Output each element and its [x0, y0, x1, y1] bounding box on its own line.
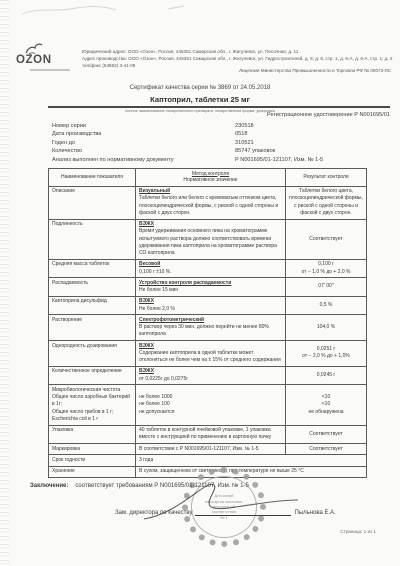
table-row: Микробиологическая чистота Общее число а…: [49, 385, 367, 425]
certificate-title: Сертификат качества серии № 3869 от 24.0…: [0, 85, 400, 91]
parameter-cell: Упаковка: [49, 425, 136, 444]
parameter-cell: Растворение: [49, 315, 136, 341]
company-addresses: Юридический адрес: ООО «Озон», Россия, 4…: [82, 49, 396, 70]
table-header-row: Наименование показателя Метод контроляНо…: [49, 169, 367, 187]
info-row: Количество85747 упаковок: [52, 147, 323, 155]
table-row: Упаковка 40 таблеток в контурной ячейков…: [49, 425, 367, 444]
info-row: Дата производства0518: [52, 130, 323, 138]
signature-stroke: [136, 469, 306, 531]
quality-control-table: Наименование показателя Метод контроляНо…: [48, 168, 367, 478]
result-cell: Соответствует: [286, 444, 367, 455]
parameter-cell: Средняя масса таблеток: [49, 259, 136, 278]
result-cell: 07' 00'': [286, 278, 367, 297]
info-label: Анализ выполнен по нормативному документ…: [52, 156, 235, 164]
method-cell: Весовой0,100 г ±10 %.: [136, 259, 286, 278]
table-row: Каптоприла дисульфид ВЭЖХНе более 2,0 % …: [49, 296, 367, 315]
table-row: Растворение СпектрофотометрическийВ раст…: [49, 315, 367, 341]
parameter-cell: Маркировка: [49, 444, 136, 455]
info-label: Годен до: [52, 139, 235, 147]
method-cell: СпектрофотометрическийВ раствор через 30…: [136, 315, 286, 341]
method-cell: ВЭЖХот 0,0225г до 0,0275г: [136, 366, 286, 385]
method-cell: 3 года: [136, 455, 367, 466]
info-value: Р N001695/01-121107, Изм. № 1-5: [235, 156, 323, 164]
parameter-cell: Каптоприла дисульфид: [49, 296, 136, 315]
conclusion-label: Заключение:: [30, 483, 68, 489]
legal-address: Юридический адрес: ООО «Озон», Россия, 4…: [82, 49, 396, 56]
method-cell: 40 таблеток в контурной ячейковой упаков…: [136, 425, 286, 444]
table-row: Распадаемость Устройство контроля распад…: [49, 278, 367, 297]
parameter-cell: Микробиологическая чистота Общее число а…: [49, 385, 136, 425]
product-title: Каптоприл, таблетки 25 мг: [0, 95, 400, 104]
table-row: Количественное определение ВЭЖХот 0,0225…: [49, 366, 367, 385]
info-label: Номер серии: [52, 122, 235, 130]
info-value: 0518: [235, 130, 247, 138]
info-label: Дата производства: [52, 130, 235, 138]
license-line: Лицензия Министерства Промышленности и Т…: [239, 68, 391, 73]
document-footer: Для копий паспортов качества, деклараций…: [30, 483, 400, 566]
table-row: Однородность дозирования ВЭЖХСодержание …: [49, 341, 367, 367]
info-value: 230518: [235, 122, 254, 130]
result-cell: 104,0 %: [286, 315, 367, 341]
method-cell: Устройство контроля распадаемостиНе боле…: [136, 278, 286, 297]
method-cell: не более 1000 не более 100 не допускаетс…: [136, 385, 286, 425]
result-cell: 0,100 г от − 1,0 % до + 2,0 %: [286, 259, 367, 278]
pencil-marks: [18, 2, 208, 18]
parameter-cell: Однородность дозирования: [49, 341, 136, 367]
brand-name: OZON: [16, 55, 80, 67]
parameter-cell: Распадаемость: [49, 278, 136, 297]
info-label: Количество: [52, 147, 235, 155]
col-header-result: Результат контроля: [286, 169, 367, 187]
method-header: Метод контроля: [139, 171, 282, 178]
ozon-logo: OZON: [16, 42, 80, 71]
info-value: 310521: [235, 139, 254, 147]
table-row: Маркировка В соответствии с Р N001695/01…: [49, 444, 367, 455]
info-row: Анализ выполнен по нормативному документ…: [52, 156, 323, 164]
certificate-document: OZON Юридический адрес: ООО «Озон», Росс…: [0, 0, 400, 566]
result-cell: 0,0245 г: [286, 366, 367, 385]
series-info-block: Номер серии230518 Дата производства0518 …: [52, 122, 323, 164]
parameter-cell: Срок годности: [49, 455, 136, 466]
parameter-cell: Количественное определение: [49, 366, 136, 385]
info-row: Годен до310521: [52, 139, 323, 147]
table-row: Подлинность ВЭЖХВремя удерживания основн…: [49, 219, 367, 259]
parameter-cell: Хранение: [49, 466, 136, 477]
method-cell: ВЭЖХСодержание каптоприла в одной таблет…: [136, 341, 286, 367]
info-row: Номер серии230518: [52, 122, 323, 130]
table-row: Средняя масса таблеток Весовой0,100 г ±1…: [49, 259, 367, 278]
norm-header: Нормативное значение: [139, 177, 282, 184]
table-row: Описание ВизуальныйТаблетки белого или б…: [49, 186, 367, 219]
method-cell: ВЭЖХНе более 2,0 %: [136, 296, 286, 315]
table-row: Срок годности 3 года: [49, 455, 367, 466]
parameter-cell: Описание: [49, 186, 136, 219]
title-rule: [48, 106, 390, 108]
parameter-cell: Подлинность: [49, 219, 136, 259]
result-cell: 0,0251 г от − 2,0 % до + 1,0%: [286, 341, 367, 367]
result-cell: Таблетки белого цвета, плоскоцилиндричес…: [286, 186, 367, 219]
col-header-method: Метод контроляНормативное значение: [136, 169, 286, 187]
result-cell: 0,5 %: [286, 296, 367, 315]
method-cell: В соответствии с Р N001695/01-121107, Из…: [136, 444, 286, 455]
method-cell: ВизуальныйТаблетки белого или белого с к…: [136, 186, 286, 219]
col-header-parameter: Наименование показателя: [49, 169, 136, 187]
logo-tagline: [30, 69, 70, 72]
method-cell: ВЭЖХВремя удерживания основного пика на …: [136, 219, 286, 259]
result-cell: Соответствует: [286, 219, 367, 259]
result-cell: <10 <10 не обнаружена: [286, 385, 367, 425]
result-cell: Соответствует: [286, 425, 367, 444]
registration-number: Регистрационное удостоверение Р N001695/…: [267, 112, 390, 118]
info-value: 85747 упаковок: [235, 147, 275, 155]
